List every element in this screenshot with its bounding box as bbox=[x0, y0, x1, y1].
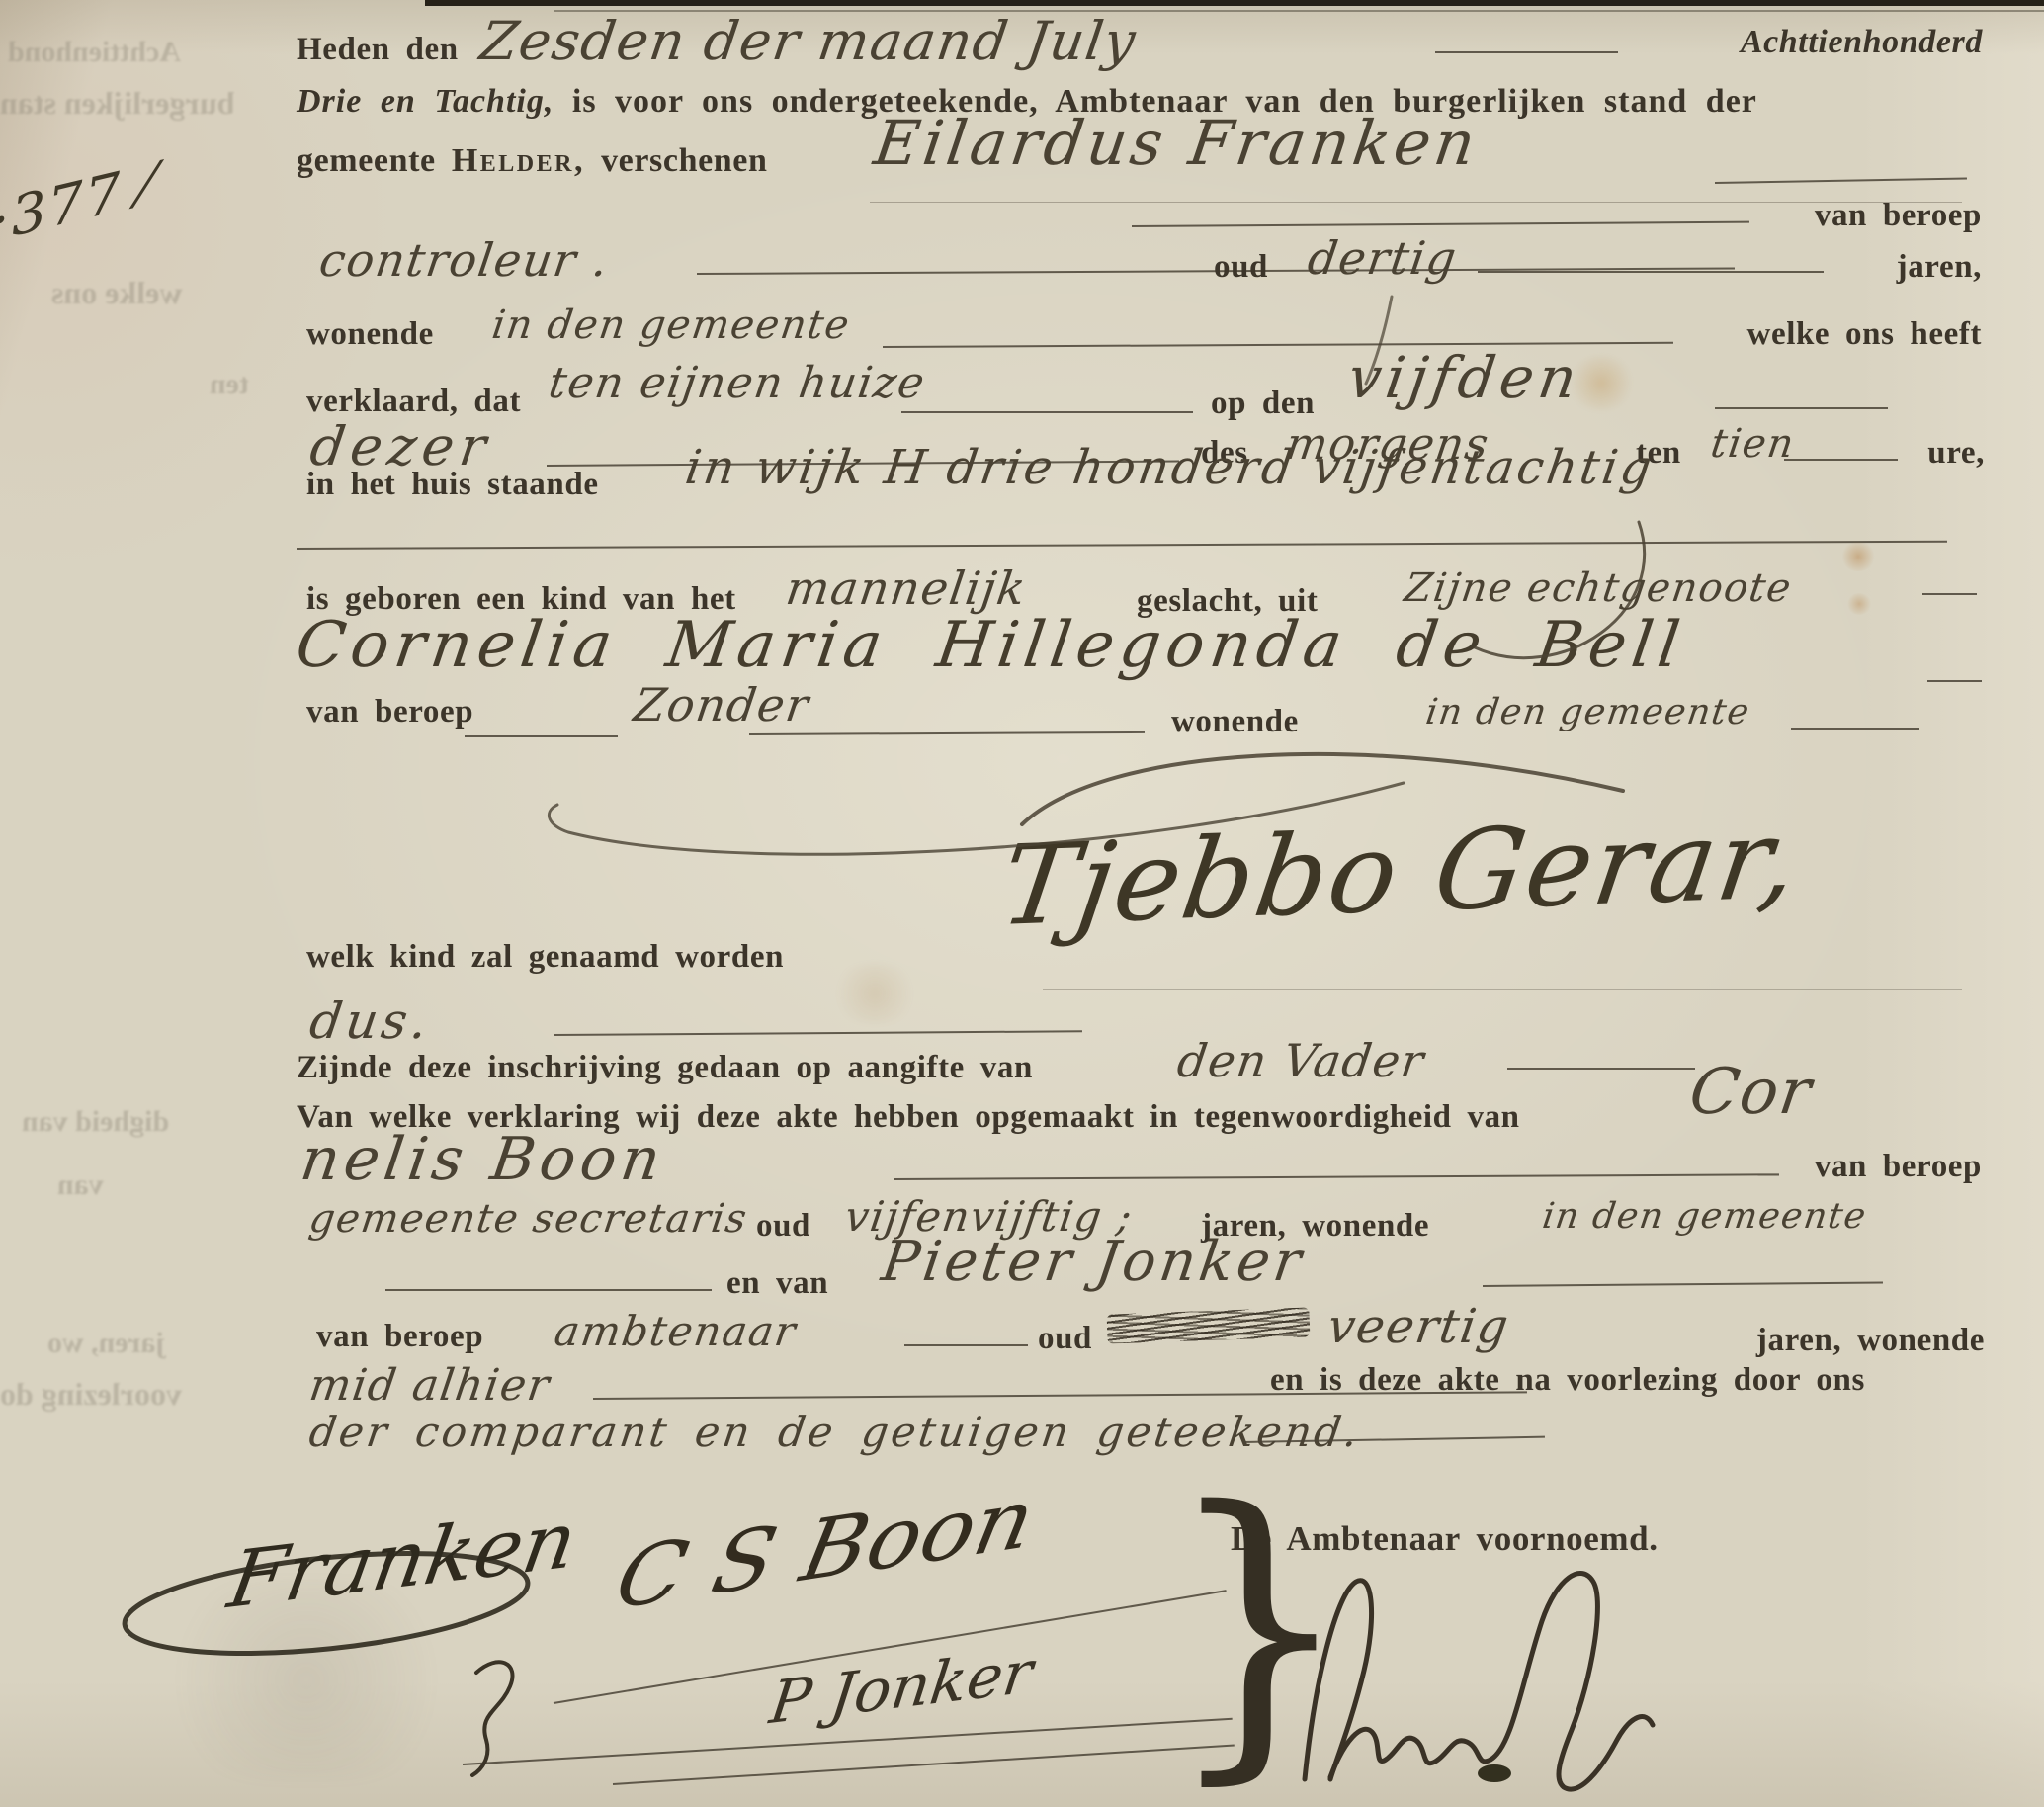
signature-brace: } bbox=[1164, 1471, 1353, 1785]
filler-line bbox=[1483, 1281, 1883, 1287]
bleedthrough-text: ten bbox=[210, 368, 249, 401]
bleedthrough-text: Achttienhond bbox=[8, 36, 181, 69]
ruled-line bbox=[297, 541, 1947, 550]
entry-informant: den Vader bbox=[1174, 1034, 1428, 1087]
printed-oud-1: oud bbox=[1214, 249, 1268, 286]
paper-stain bbox=[1846, 593, 1872, 615]
filler-dash bbox=[1927, 680, 1982, 682]
bleedthrough-text: van bbox=[57, 1168, 104, 1202]
entry-declarant-residence: in den gemeente bbox=[489, 302, 853, 348]
printed-drie-en-tachtig: Drie en Tachtig, bbox=[297, 83, 554, 120]
printed-zijnde-deze: Zijnde deze inschrijving gedaan op aangi… bbox=[297, 1050, 1033, 1086]
entry-house-address: in wijk H drie honderd vijfentachtig bbox=[682, 440, 1658, 495]
printed-van-beroep-1: van beroep bbox=[1815, 198, 1982, 234]
ruled-line bbox=[870, 202, 1962, 203]
entry-declarant-age: dertig bbox=[1305, 231, 1461, 285]
printed-wonende-2: wonende bbox=[1171, 704, 1299, 740]
printed-gemeente: gemeente bbox=[297, 142, 436, 179]
ink-blot bbox=[1478, 1764, 1511, 1782]
entry-witness1-occupation: gemeente secretaris bbox=[306, 1196, 750, 1242]
entry-child-name-cont: dus. bbox=[306, 992, 435, 1050]
official-signature bbox=[1305, 1573, 1653, 1789]
entry-birth-day: vijfden bbox=[1344, 344, 1585, 411]
entry-witness1-name-2: nelis Boon bbox=[297, 1125, 669, 1194]
printed-achttienhonderd: Achttienhonderd bbox=[1741, 24, 1983, 61]
filler-line bbox=[749, 731, 1145, 735]
bleedthrough-text: digheid van bbox=[22, 1105, 169, 1139]
ruled-line bbox=[1043, 989, 1962, 990]
printed-helder: Helder, bbox=[452, 142, 585, 179]
printed-ure: ure, bbox=[1927, 435, 1985, 472]
entry-birth-place-phrase: ten eijnen huize bbox=[546, 358, 929, 408]
printed-oud-2: oud bbox=[756, 1208, 810, 1245]
filler-dash bbox=[1435, 51, 1618, 53]
printed-op-den: op den bbox=[1211, 386, 1315, 422]
entry-witness2-occupation: ambtenaar bbox=[552, 1307, 800, 1355]
printed-jaren-1: jaren, bbox=[1897, 249, 1982, 286]
declarant-signature: Franken bbox=[222, 1494, 583, 1626]
witness1-signature: C S Boon bbox=[608, 1469, 1043, 1629]
filler-line bbox=[1132, 221, 1749, 227]
entry-mother-name: Cornelia Maria Hillegonda de Bell bbox=[292, 609, 1690, 682]
printed-van-beroep-4: van beroep bbox=[316, 1319, 483, 1355]
entry-witness1-name-1: Cor bbox=[1685, 1056, 1817, 1129]
printed-welke-ons-heeft: welke ons heeft bbox=[1747, 316, 1982, 353]
entry-child-name: Tjebbo Gerar, bbox=[993, 795, 1808, 951]
scratched-out-word bbox=[1107, 1307, 1311, 1343]
entry-declarant-name: Eilardus Franken bbox=[870, 107, 1484, 179]
filler-line bbox=[1715, 178, 1967, 184]
filler-line bbox=[554, 1030, 1082, 1036]
paper-stain bbox=[1840, 542, 1876, 571]
printed-gemeente-helder: gemeente Helder, verschenen bbox=[297, 142, 768, 180]
witness2-signature: P Jonker bbox=[766, 1638, 1037, 1738]
printed-in-het-huis: in het huis staande bbox=[306, 467, 599, 503]
act-number: ·377 ⁄ bbox=[0, 153, 155, 254]
printed-en-van: en van bbox=[726, 1265, 828, 1302]
entry-mother-residence: in den gemeente bbox=[1423, 692, 1752, 732]
filler-line bbox=[901, 411, 1193, 413]
filler-line bbox=[385, 1289, 712, 1291]
printed-verschenen: verschenen bbox=[601, 142, 767, 179]
birth-record-scan: Achttienhond burgerlijken stan welke ons… bbox=[0, 0, 2044, 1807]
bleedthrough-text: welke ons bbox=[51, 275, 182, 311]
entry-date: Zesden der maand July bbox=[476, 10, 1141, 72]
bleedthrough-text: burgerlijken stan bbox=[0, 85, 234, 122]
filler-line bbox=[1478, 271, 1824, 273]
entry-declarant-occupation: controleur . bbox=[316, 233, 613, 287]
filler-line bbox=[1784, 459, 1898, 461]
bleedthrough-text: voorlezing do bbox=[0, 1376, 182, 1413]
filler-dash bbox=[904, 1344, 1028, 1346]
filler-dash bbox=[1507, 1068, 1695, 1070]
printed-oud-3: oud bbox=[1038, 1321, 1092, 1357]
entry-witness1-residence: in den gemeente bbox=[1540, 1196, 1869, 1237]
filler-dash bbox=[1791, 728, 1919, 730]
printed-van-beroep-3: van beroep bbox=[1815, 1149, 1982, 1185]
filler-dash bbox=[1922, 593, 1977, 595]
printed-van-beroep-2: van beroep bbox=[306, 694, 473, 731]
paper-stain bbox=[830, 964, 919, 1023]
bleedthrough-text: jaren, wo bbox=[47, 1327, 165, 1360]
printed-wonende-1: wonende bbox=[306, 316, 434, 353]
entry-mother-relation: Zijne echtgenoote bbox=[1402, 565, 1795, 611]
printed-welk-kind: welk kind zal genaamd worden bbox=[306, 939, 784, 976]
entry-witness2-residence: mid alhier bbox=[306, 1360, 554, 1411]
printed-jaren-wonende-2: jaren, wonende bbox=[1756, 1323, 1985, 1359]
filler-dash bbox=[1715, 407, 1888, 409]
entry-mother-occupation: Zonder bbox=[631, 678, 813, 731]
entry-witness2-name: Pieter Jonker bbox=[878, 1230, 1309, 1294]
filler-line bbox=[894, 1173, 1779, 1180]
entry-child-gender: mannelijk bbox=[783, 561, 1030, 615]
filler-line bbox=[465, 735, 618, 737]
printed-heden-den: Heden den bbox=[297, 32, 459, 68]
top-border-line bbox=[425, 0, 2044, 6]
entry-witness2-age: veertig bbox=[1324, 1299, 1513, 1354]
squiggle-mark bbox=[472, 1662, 512, 1775]
